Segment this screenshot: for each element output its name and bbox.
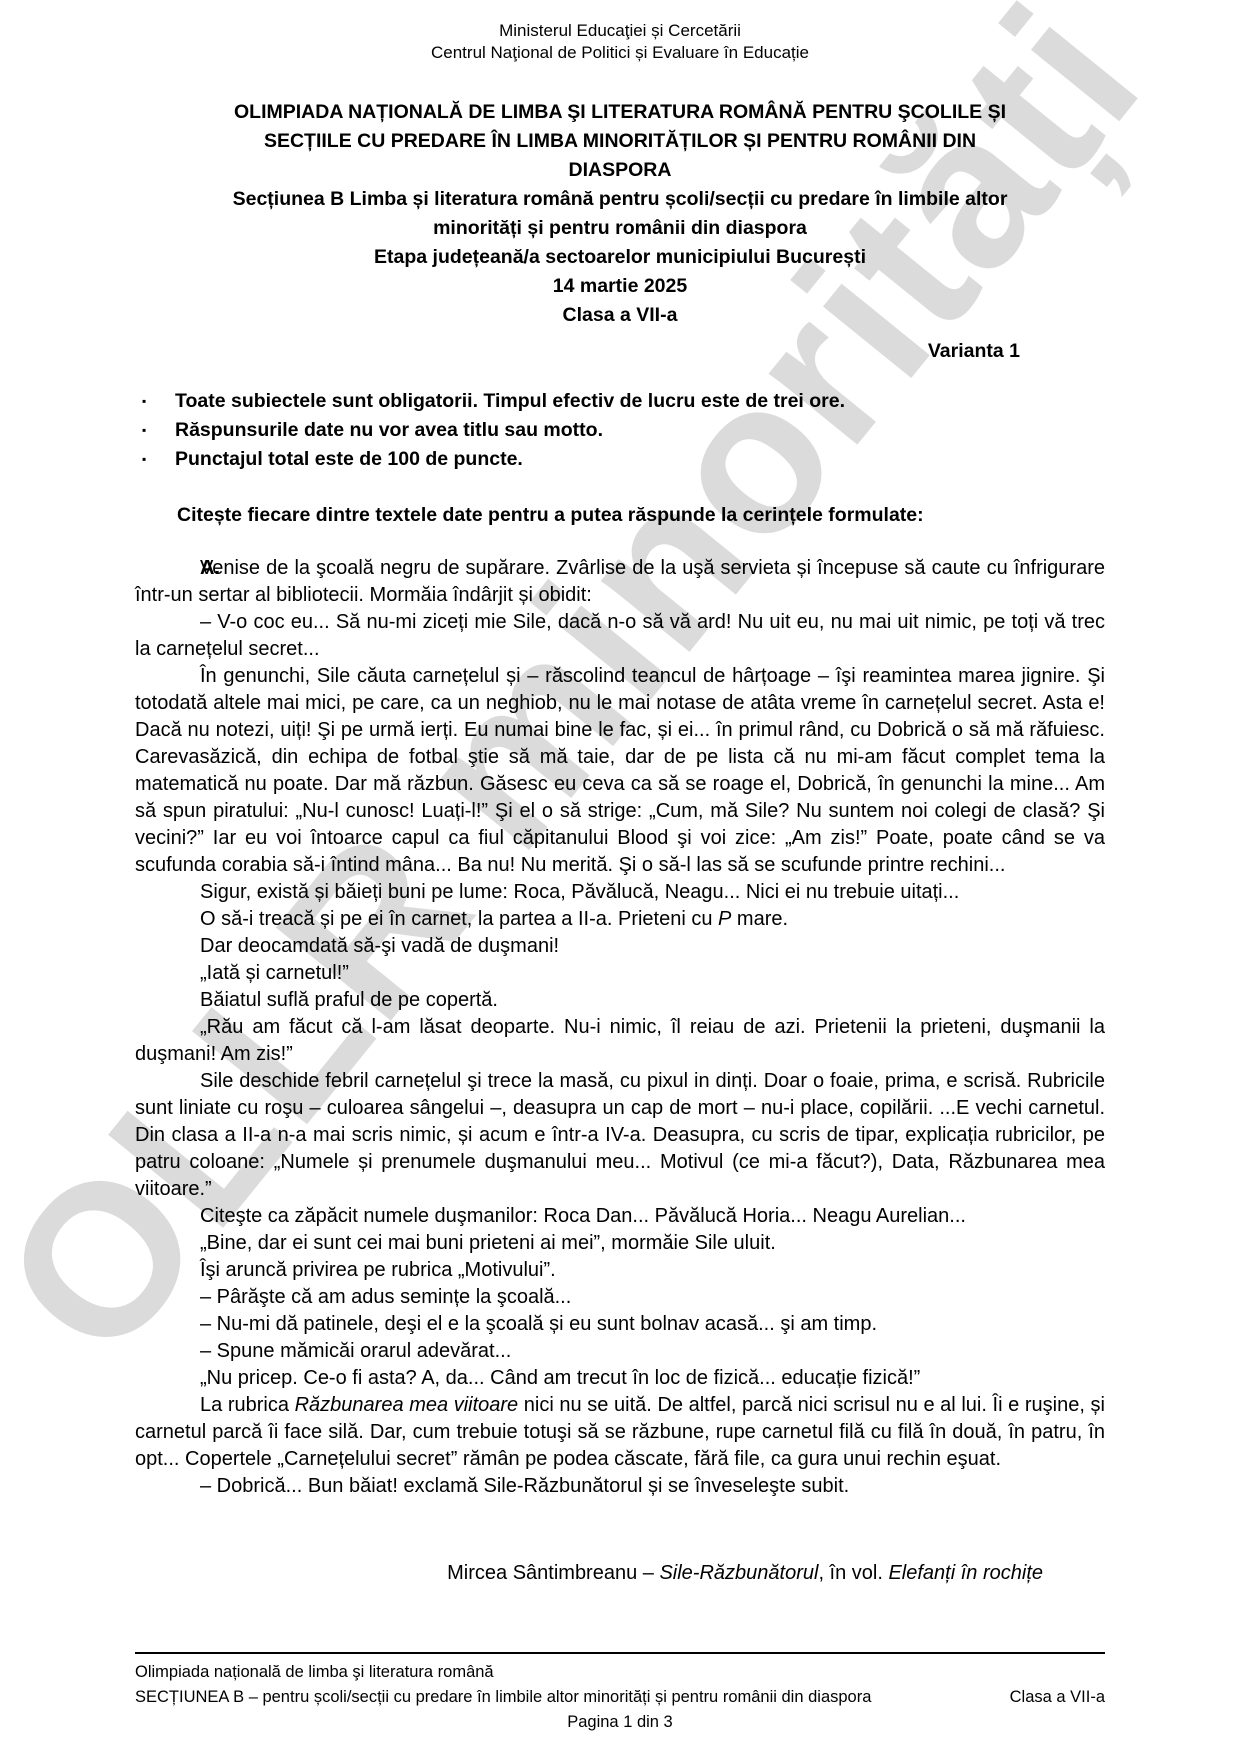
rule-text: Toate subiectele sunt obligatorii. Timpu… <box>175 387 1105 416</box>
italic-run: Răzbunarea mea viitoare <box>295 1394 519 1416</box>
text-run: Sigur, există și băieți buni pe lume: Ro… <box>200 881 959 903</box>
attribution-line: Mircea Sântimbreanu – Sile-Răzbunătorul,… <box>135 1560 1105 1587</box>
date-line: 14 martie 2025 <box>135 272 1105 301</box>
text-run: Îşi aruncă privirea pe rubrica „Motivulu… <box>200 1259 556 1281</box>
text-run: – Nu-mi dă patinele, deşi el e la şcoală… <box>200 1313 877 1335</box>
text-a-paragraph: Îşi aruncă privirea pe rubrica „Motivulu… <box>135 1257 1105 1284</box>
text-a-paragraph: Dar deocamdată să-şi vadă de duşmani! <box>135 933 1105 960</box>
rule-item: ▪ Punctajul total este de 100 de puncte. <box>135 445 1105 474</box>
grade-line: Clasa a VII-a <box>135 301 1105 330</box>
ministry-line: Ministerul Educaţiei și Cercetării <box>135 20 1105 42</box>
page-content: Ministerul Educaţiei și Cercetării Centr… <box>0 0 1241 1587</box>
text-a-paragraph: – Spune mămicăi orarul adevărat... <box>135 1338 1105 1365</box>
bullet-icon: ▪ <box>135 387 175 416</box>
subtitle-line-1: Secțiunea B Limba și literatura română p… <box>135 185 1105 214</box>
rules-list: ▪ Toate subiectele sunt obligatorii. Tim… <box>135 387 1105 474</box>
title-line-1: OLIMPIADA NAȚIONALĂ DE LIMBA ŞI LITERATU… <box>135 98 1105 127</box>
footer-page-number: Pagina 1 din 3 <box>135 1710 1105 1735</box>
page-footer: Olimpiada națională de limba şi literatu… <box>135 1652 1105 1735</box>
italic-run: P <box>718 908 731 930</box>
text-a-paragraph: Sile deschide febril carnețelul şi trece… <box>135 1068 1105 1203</box>
text-run: , în vol. <box>818 1562 888 1584</box>
text-run: O să-i treacă și pe ei în carnet, la par… <box>200 908 718 930</box>
text-run: – Dobrică... Bun băiat! exclamă Sile-Răz… <box>200 1475 849 1497</box>
text-run: „Bine, dar ei sunt cei mai buni prieteni… <box>200 1232 776 1254</box>
text-run: „Rău am făcut că l-am lăsat deoparte. Nu… <box>135 1016 1105 1065</box>
center-line: Centrul Naţional de Politici și Evaluare… <box>135 42 1105 64</box>
text-a-paragraph: Băiatul suflă praful de pe copertă. <box>135 987 1105 1014</box>
text-a-paragraph: La rubrica Răzbunarea mea viitoare nici … <box>135 1392 1105 1473</box>
title-block: OLIMPIADA NAȚIONALĂ DE LIMBA ŞI LITERATU… <box>135 98 1105 330</box>
text-a-paragraph: – Pârăşte că am adus semințe la şcoală..… <box>135 1284 1105 1311</box>
text-a-paragraph: În genunchi, Sile căuta carnețelul și – … <box>135 663 1105 879</box>
exam-page: OLLR minorități Ministerul Educaţiei și … <box>0 0 1241 1755</box>
footer-section-line: SECȚIUNEA B – pentru școli/secții cu pre… <box>135 1685 1105 1710</box>
text-run: mare. <box>731 908 788 930</box>
text-run: „Iată și carnetul!” <box>200 962 349 984</box>
bullet-icon: ▪ <box>135 416 175 445</box>
title-line-3: DIASPORA <box>135 156 1105 185</box>
text-run: Venise de la şcoală negru de supărare. Z… <box>135 557 1105 606</box>
text-a-paragraph: – Nu-mi dă patinele, deşi el e la şcoală… <box>135 1311 1105 1338</box>
text-run: – Pârăşte că am adus semințe la şcoală..… <box>200 1286 571 1308</box>
text-run: – V-o coc eu... Să nu-mi ziceți mie Sile… <box>135 611 1105 660</box>
footer-grade-label: Clasa a VII-a <box>1010 1685 1105 1710</box>
text-a-paragraph: Citeşte ca zăpăcit numele duşmanilor: Ro… <box>135 1203 1105 1230</box>
text-a-paragraph: „Nu pricep. Ce-o fi asta? A, da... Când … <box>135 1365 1105 1392</box>
text-run: La rubrica <box>200 1394 295 1416</box>
text-a-body: A.Venise de la şcoală negru de supărare.… <box>135 555 1105 1500</box>
italic-run: Sile-Răzbunătorul <box>659 1562 818 1584</box>
text-run: În genunchi, Sile căuta carnețelul și – … <box>135 665 1105 876</box>
rule-item: ▪ Toate subiectele sunt obligatorii. Tim… <box>135 387 1105 416</box>
footer-section-label: SECȚIUNEA B – pentru școli/secții cu pre… <box>135 1685 871 1710</box>
text-a-paragraph: – V-o coc eu... Să nu-mi ziceți mie Sile… <box>135 609 1105 663</box>
footer-olympiad-line: Olimpiada națională de limba şi literatu… <box>135 1660 1105 1685</box>
rule-text: Punctajul total este de 100 de puncte. <box>175 445 1105 474</box>
subtitle-line-2: minorități și pentru românii din diaspor… <box>135 214 1105 243</box>
text-a-paragraph: „Rău am făcut că l-am lăsat deoparte. Nu… <box>135 1014 1105 1068</box>
text-a-paragraph: „Iată și carnetul!” <box>135 960 1105 987</box>
rule-text: Răspunsurile date nu vor avea titlu sau … <box>175 416 1105 445</box>
text-run: – Spune mămicăi orarul adevărat... <box>200 1340 511 1362</box>
instruction-text: Citește fiecare dintre textele date pent… <box>135 502 1105 529</box>
text-run: Sile deschide febril carnețelul şi trece… <box>135 1070 1105 1200</box>
text-a-paragraph: A.Venise de la şcoală negru de supărare.… <box>135 555 1105 609</box>
variant-label: Varianta 1 <box>135 338 1105 365</box>
text-run: „Nu pricep. Ce-o fi asta? A, da... Când … <box>200 1367 920 1389</box>
text-run: Citeşte ca zăpăcit numele duşmanilor: Ro… <box>200 1205 966 1227</box>
title-line-2: SECȚIILE CU PREDARE ÎN LIMBA MINORITĂȚIL… <box>135 127 1105 156</box>
stage-line: Etapa județeană/a sectoarelor municipiul… <box>135 243 1105 272</box>
text-a-paragraph: – Dobrică... Bun băiat! exclamă Sile-Răz… <box>135 1473 1105 1500</box>
text-a-paragraph: Sigur, există și băieți buni pe lume: Ro… <box>135 879 1105 906</box>
ministry-header: Ministerul Educaţiei și Cercetării Centr… <box>135 20 1105 64</box>
rule-item: ▪ Răspunsurile date nu vor avea titlu sa… <box>135 416 1105 445</box>
text-a-paragraph: O să-i treacă și pe ei în carnet, la par… <box>135 906 1105 933</box>
text-run: Mircea Sântimbreanu – <box>447 1562 659 1584</box>
italic-run: Elefanți în rochițe <box>888 1562 1043 1584</box>
bullet-icon: ▪ <box>135 445 175 474</box>
section-a-label: A. <box>135 555 220 582</box>
text-run: Băiatul suflă praful de pe copertă. <box>200 989 498 1011</box>
text-a-paragraph: „Bine, dar ei sunt cei mai buni prieteni… <box>135 1230 1105 1257</box>
text-run: Dar deocamdată să-şi vadă de duşmani! <box>200 935 559 957</box>
